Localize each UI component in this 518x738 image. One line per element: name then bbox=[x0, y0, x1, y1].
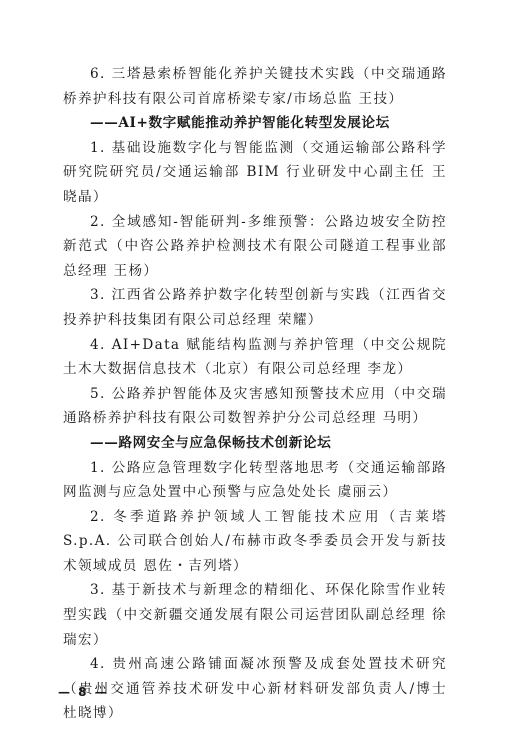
item-6-bridge-maintenance: 6. 三塔悬索桥智能化养护关键技术实践（中交瑞通路桥养护科技有限公司首席桥梁专家… bbox=[63, 62, 447, 111]
item-5-agent-hazard: 5. 公路养护智能体及灾害感知预警技术应用（中交瑞通路桥养护科技有限公司数智养护… bbox=[63, 382, 447, 431]
item-4-guizhou-icing: 4. 贵州高速公路铺面凝冰预警及成套处置技术研究（贵州交通管养技术研发中心新材料… bbox=[63, 652, 447, 726]
document-page: 6. 三塔悬索桥智能化养护关键技术实践（中交瑞通路桥养护科技有限公司首席桥梁专家… bbox=[63, 62, 447, 726]
forum-heading-road-safety: ——路网安全与应急保畅技术创新论坛 bbox=[63, 431, 447, 456]
forum-heading-ai-digital: ——AI+数字赋能推动养护智能化转型发展论坛 bbox=[63, 111, 447, 136]
item-1-emergency-management: 1. 公路应急管理数字化转型落地思考（交通运输部路网监测与应急处置中心预警与应急… bbox=[63, 456, 447, 505]
item-1-infrastructure-digital: 1. 基础设施数字化与智能监测（交通运输部公路科学研究院研究员/交通运输部 BI… bbox=[63, 136, 447, 210]
item-4-ai-data: 4. AI+Data 赋能结构监测与养护管理（中交公规院土木大数据信息技术（北京… bbox=[63, 333, 447, 382]
item-3-snow-removal: 3. 基于新技术与新理念的精细化、环保化除雪作业转型实践（中交新疆交通发展有限公… bbox=[63, 578, 447, 652]
item-2-slope-warning: 2. 全域感知-智能研判-多维预警：公路边坡安全防控新范式（中咨公路养护检测技术… bbox=[63, 210, 447, 284]
item-2-winter-ai: 2. 冬季道路养护领域人工智能技术应用（吉莱塔 S.p.A. 公司联合创始人/布… bbox=[63, 505, 447, 579]
page-number: — 8 — bbox=[58, 685, 109, 699]
item-3-jiangxi-maintenance: 3. 江西省公路养护数字化转型创新与实践（江西省交投养护科技集团有限公司总经理 … bbox=[63, 283, 447, 332]
